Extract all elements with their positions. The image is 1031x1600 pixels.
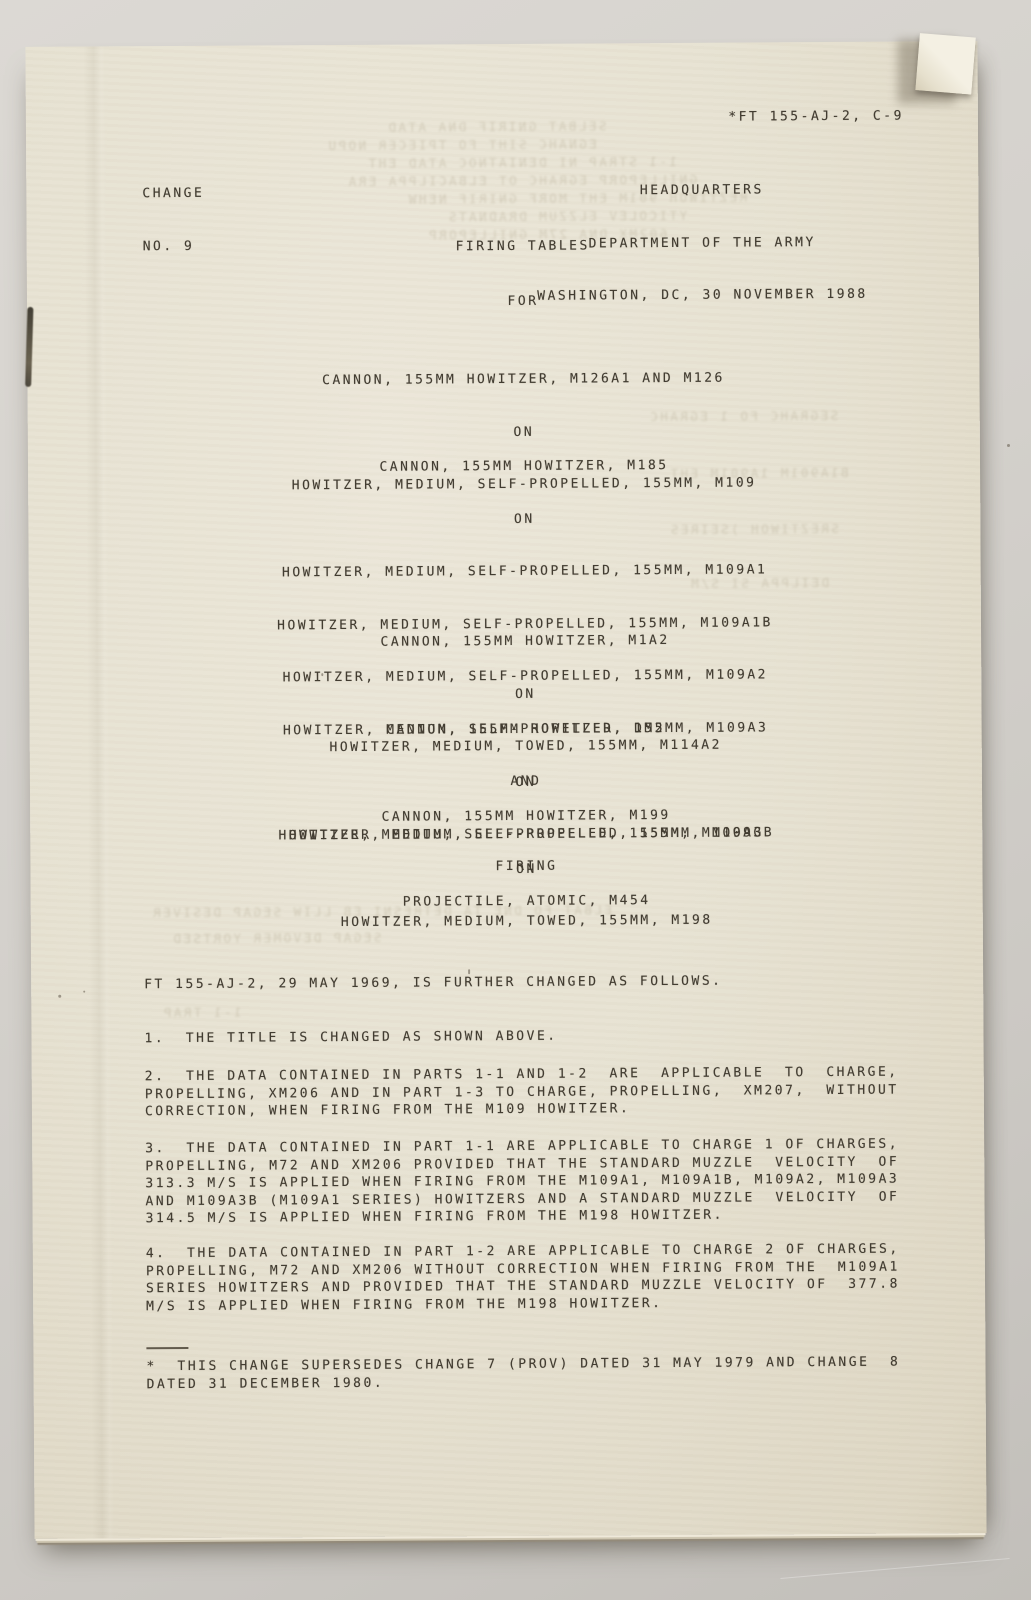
weapon-block-line: HOWITZER, MEDIUM, TOWED, 155MM, M198 — [144, 911, 910, 933]
paragraph-4: 4. THE DATA CONTAINED IN PART 1-2 ARE AP… — [146, 1240, 936, 1315]
footnote-rule — [146, 1347, 188, 1349]
weapon-block-line: ON — [141, 508, 907, 530]
paper-speck — [83, 991, 85, 993]
doc-reference: *FT 155-AJ-2, C-9 — [728, 108, 904, 127]
bleed-through-line: SELBAT GNIRIF DNA ATAD — [386, 117, 607, 135]
folded-corner — [915, 33, 975, 94]
bleed-through-layer: SELBAT GNIRIF DNA ATAD EGNAHC SIHT FO TP… — [25, 41, 977, 47]
paragraph-1: 1. THE TITLE IS CHANGED AS SHOWN ABOVE. — [144, 1025, 934, 1047]
change-number-block: CHANGE NO. 9 — [142, 150, 205, 290]
paragraph-2: 2. THE DATA CONTAINED IN PARTS 1-1 AND 1… — [145, 1063, 935, 1120]
photo-background: SELBAT GNIRIF DNA ATAD EGNAHC SIHT FO TP… — [0, 0, 1031, 1600]
paper-speck — [321, 673, 323, 676]
weapon-block-line: CANNON, 155MM HOWITZER, DM2 — [143, 719, 909, 741]
change-label: CHANGE — [142, 185, 204, 203]
weapon-block-line: CANNON, 155MM HOWITZER, M199 — [143, 806, 909, 828]
weapon-block-line: HOWITZER, MEDIUM, SELF-PROPELLED, 155MM,… — [142, 561, 908, 583]
headquarters-line: HEADQUARTERS — [479, 180, 924, 200]
surface-scratch — [780, 1558, 1009, 1579]
paper-speck — [58, 995, 61, 998]
spine-crease — [83, 46, 114, 1538]
paragraph-3: 3. THE DATA CONTAINED IN PART 1-1 ARE AP… — [145, 1135, 936, 1227]
amendment-intro: FT 155-AJ-2, 29 MAY 1969, IS FURTHER CHA… — [144, 971, 934, 993]
staple — [25, 307, 33, 387]
weapon-block-line: CANNON, 155MM HOWITZER, M126A1 AND M126 — [140, 369, 906, 391]
footnote-text: * THIS CHANGE SUPERSEDES CHANGE 7 (PROV)… — [146, 1353, 936, 1393]
surface-speck — [1007, 444, 1010, 447]
weapon-block-line: CANNON, 155MM HOWITZER, M185 — [141, 456, 907, 478]
weapon-block-line: CANNON, 155MM HOWITZER, M1A2 — [142, 631, 908, 653]
bleed-through-line: 1-1 TRAP — [161, 1004, 241, 1021]
document-page: SELBAT GNIRIF DNA ATAD EGNAHC SIHT FO TP… — [25, 41, 986, 1539]
paper-speck — [468, 969, 470, 974]
